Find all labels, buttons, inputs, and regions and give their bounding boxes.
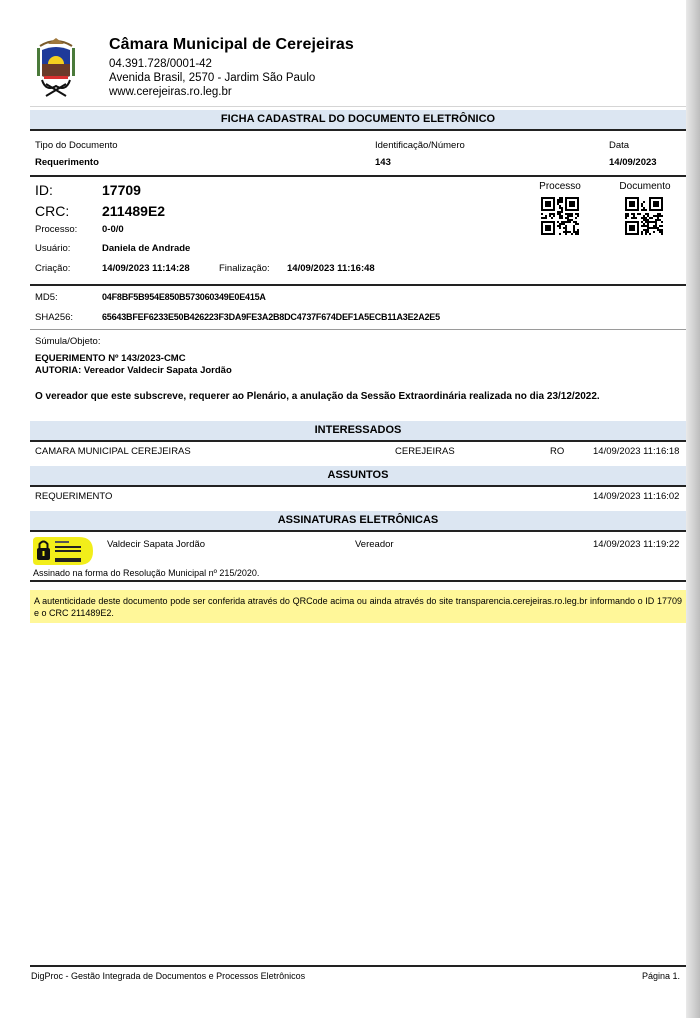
qr-code-processo-icon[interactable] — [541, 197, 579, 235]
interessado-city: CEREJEIRAS — [395, 446, 455, 457]
org-name: Câmara Municipal de Cerejeiras — [109, 36, 354, 54]
processo-label: Processo: — [35, 224, 77, 235]
municipal-coat-of-arms-icon — [34, 36, 78, 98]
footer-system-name: DigProc - Gestão Integrada de Documentos… — [31, 971, 305, 981]
id-value: 17709 — [102, 182, 141, 198]
signer-datetime: 14/09/2023 11:19:22 — [593, 539, 679, 550]
sumula-label: Súmula/Objeto: — [35, 336, 100, 347]
crc-value: 211489E2 — [102, 203, 165, 219]
signer-name: Valdecir Sapata Jordão — [107, 539, 205, 550]
data-label: Data — [609, 140, 629, 151]
divider — [30, 175, 686, 177]
ident-value: 143 — [375, 157, 391, 168]
usuario-label: Usuário: — [35, 243, 70, 254]
interessado-uf: RO — [550, 446, 564, 457]
assuntos-header: ASSUNTOS — [30, 466, 686, 485]
md5-label: MD5: — [35, 292, 58, 303]
ident-label: Identificação/Número — [375, 140, 465, 151]
org-website: www.cerejeiras.ro.leg.br — [109, 86, 232, 98]
footer-page-number: Página 1. — [642, 971, 680, 981]
assunto-datetime: 14/09/2023 11:16:02 — [593, 491, 679, 502]
interessados-header: INTERESSADOS — [30, 421, 686, 440]
divider — [30, 485, 686, 487]
sumula-line2: AUTORIA: Vereador Valdecir Sapata Jordão — [35, 365, 232, 376]
divider — [30, 530, 686, 532]
sumula-line1: EQUERIMENTO Nº 143/2023-CMC — [35, 353, 186, 364]
org-cnpj: 04.391.728/0001-42 — [109, 58, 212, 70]
document-title: FICHA CADASTRAL DO DOCUMENTO ELETRÔNICO — [30, 110, 686, 129]
sumula-body: O vereador que este subscreve, requerer … — [35, 391, 600, 402]
footer-divider — [30, 965, 686, 967]
sha256-value: 65643BFEF6233E50B426223F3DA9FE3A2B8DC473… — [102, 312, 440, 322]
tipo-value: Requerimento — [35, 157, 99, 168]
finalizacao-label: Finalização: — [219, 263, 270, 274]
criacao-value: 14/09/2023 11:14:28 — [102, 263, 190, 274]
interessado-name: CAMARA MUNICIPAL CEREJEIRAS — [35, 446, 191, 457]
usuario-value: Daniela de Andrade — [102, 243, 190, 254]
org-address: Avenida Brasil, 2570 - Jardim São Paulo — [109, 72, 315, 84]
document-page: Câmara Municipal de Cerejeiras 04.391.72… — [0, 0, 686, 1018]
tipo-label: Tipo do Documento — [35, 140, 118, 151]
interessado-datetime: 14/09/2023 11:16:18 — [593, 446, 679, 457]
divider — [30, 129, 686, 131]
finalizacao-value: 14/09/2023 11:16:48 — [287, 263, 375, 274]
authenticity-notice: A autenticidade deste documento pode ser… — [30, 590, 686, 623]
signature-note: Assinado na forma do Resolução Municipal… — [33, 568, 259, 578]
authenticity-notice-text: A autenticidade deste documento pode ser… — [34, 595, 682, 619]
qr-code-documento-icon[interactable] — [625, 197, 663, 235]
viewer-scroll-edge — [686, 0, 700, 1018]
crc-label: CRC: — [35, 203, 69, 219]
divider — [30, 580, 686, 582]
lock-signature-badge-icon — [33, 537, 93, 565]
qr-documento-label: Documento — [610, 181, 680, 192]
sha256-label: SHA256: — [35, 312, 73, 323]
divider — [30, 329, 686, 330]
data-value: 14/09/2023 — [609, 157, 657, 168]
md5-value: 04F8BF5B954E850B573060349E0E415A — [102, 292, 266, 302]
assinaturas-header: ASSINATURAS ELETRÔNICAS — [30, 511, 686, 530]
processo-value: 0-0/0 — [102, 224, 124, 235]
id-label: ID: — [35, 182, 53, 198]
assunto-name: REQUERIMENTO — [35, 491, 112, 502]
signer-role: Vereador — [355, 539, 394, 550]
criacao-label: Criação: — [35, 263, 70, 274]
divider — [30, 106, 686, 107]
divider — [30, 440, 686, 442]
qr-processo-label: Processo — [525, 181, 595, 192]
divider — [30, 284, 686, 286]
